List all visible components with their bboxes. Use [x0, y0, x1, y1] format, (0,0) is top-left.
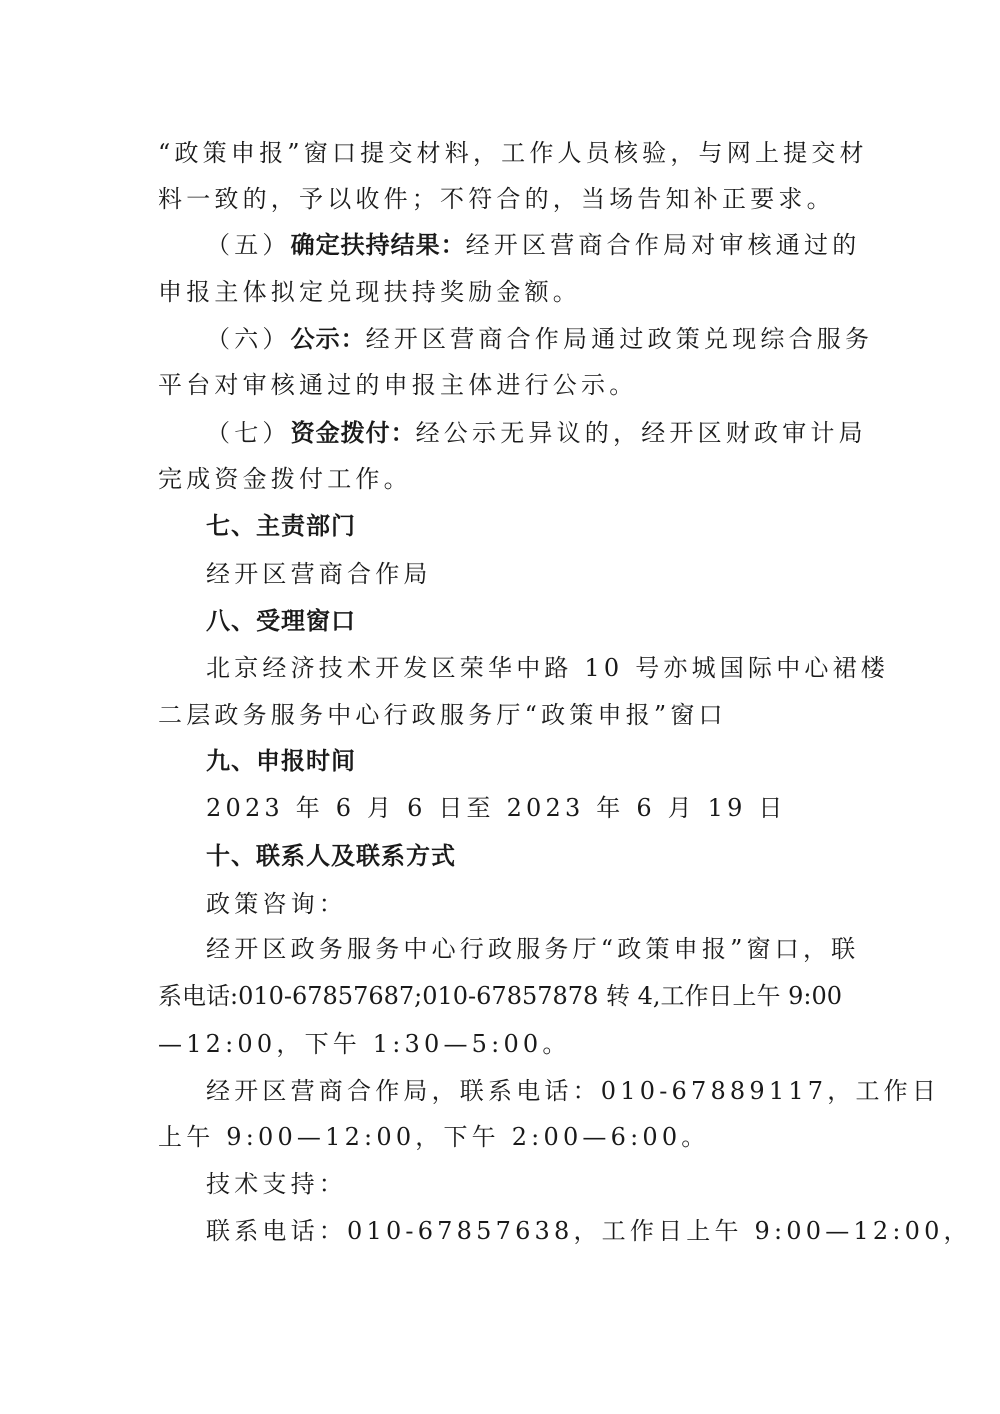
step-title: 确定扶持结果：: [291, 231, 466, 259]
contact-phone-line: 联系电话：010-67857638，工作日上午 9:00—12:00，: [158, 1208, 850, 1254]
paragraph-line: 经开区政务服务中心行政服务厅“政策申报”窗口，联: [158, 926, 850, 972]
section-heading-contacts: 十、联系人及联系方式: [158, 833, 850, 879]
step-seven: （七）资金拨付：经公示无异议的，经开区财政审计局: [158, 410, 850, 456]
paragraph-line: 二层政务服务中心行政服务厅“政策申报”窗口: [158, 692, 850, 738]
paragraph-line: “政策申报”窗口提交材料，工作人员核验，与网上提交材: [158, 130, 850, 176]
section-heading-acceptance-window: 八、受理窗口: [158, 598, 850, 644]
step-text: 经开区营商合作局对审核通过的: [466, 231, 861, 259]
step-prefix: （五）: [206, 231, 291, 259]
step-title: 公示：: [291, 325, 366, 353]
paragraph-line: 料一致的，予以收件；不符合的，当场告知补正要求。: [158, 176, 850, 222]
contact-phone-line: 系电话:010-67857687;010-67857878 转 4,工作日上午 …: [158, 973, 850, 1019]
paragraph-line: —12:00，下午 1:30—5:00。: [158, 1021, 850, 1067]
paragraph-line: 技术支持：: [158, 1161, 850, 1207]
paragraph-line: 北京经济技术开发区荣华中路 10 号亦城国际中心裙楼: [158, 645, 850, 691]
step-six: （六）公示：经开区营商合作局通过政策兑现综合服务: [158, 316, 850, 362]
step-five: （五）确定扶持结果：经开区营商合作局对审核通过的: [158, 222, 850, 268]
step-prefix: （七）: [206, 419, 291, 447]
paragraph-line: 完成资金拨付工作。: [158, 456, 850, 502]
section-heading-application-time: 九、申报时间: [158, 738, 850, 784]
application-period: 2023 年 6 月 6 日至 2023 年 6 月 19 日: [158, 785, 850, 831]
paragraph-line: 经开区营商合作局: [158, 551, 850, 597]
step-prefix: （六）: [206, 325, 291, 353]
step-text: 经公示无异议的，经开区财政审计局: [416, 419, 867, 447]
section-heading-responsible-dept: 七、主责部门: [158, 503, 850, 549]
contact-phone-line: 经开区营商合作局，联系电话：010-67889117，工作日: [158, 1068, 850, 1114]
step-text: 经开区营商合作局通过政策兑现综合服务: [366, 325, 874, 353]
paragraph-line: 申报主体拟定兑现扶持奖励金额。: [158, 269, 850, 315]
paragraph-line: 上午 9:00—12:00，下午 2:00—6:00。: [158, 1114, 850, 1160]
step-title: 资金拨付：: [291, 419, 416, 447]
paragraph-line: 政策咨询：: [158, 881, 850, 927]
paragraph-line: 平台对审核通过的申报主体进行公示。: [158, 362, 850, 408]
